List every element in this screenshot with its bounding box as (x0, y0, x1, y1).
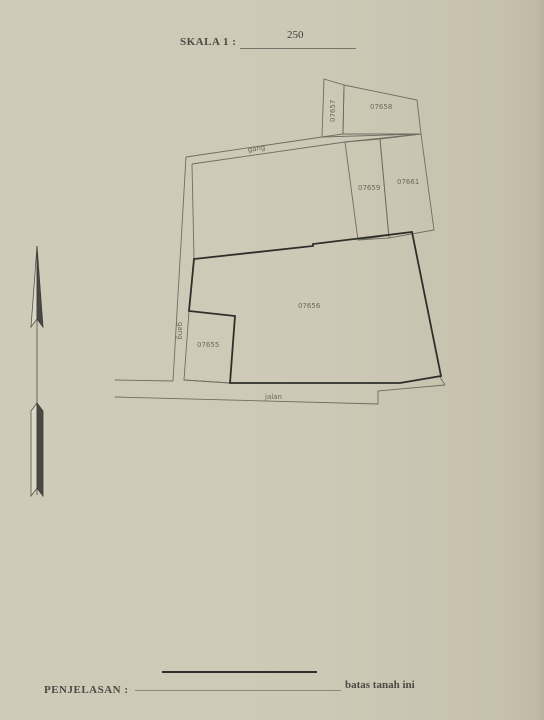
parcel-id-07658: 07658 (370, 103, 392, 111)
parcel-id-07659: 07659 (358, 184, 380, 192)
legend-underline (135, 690, 341, 691)
thin-boundaries (115, 79, 445, 404)
parcel-id-07657: 07657 (329, 100, 337, 122)
legend-boundary-sample (162, 671, 317, 673)
road-label-gang-left: gang (176, 322, 184, 340)
parcel-id-07656: 07656 (298, 302, 321, 310)
road-label-jalan: jalan (264, 393, 282, 401)
parcel-id-07661: 07661 (397, 178, 419, 186)
legend-description: batas tanah ini (345, 679, 415, 691)
road-label-gang-top: gang (247, 144, 266, 154)
parcel-id-07655: 07655 (197, 341, 219, 349)
legend-label: PENJELASAN : (44, 684, 129, 696)
parcel-map: 07657 07658 07659 07661 07656 07655 gang… (0, 0, 544, 720)
north-arrow-icon (31, 246, 43, 496)
land-map-page: SKALA 1 : 250 (0, 0, 544, 720)
